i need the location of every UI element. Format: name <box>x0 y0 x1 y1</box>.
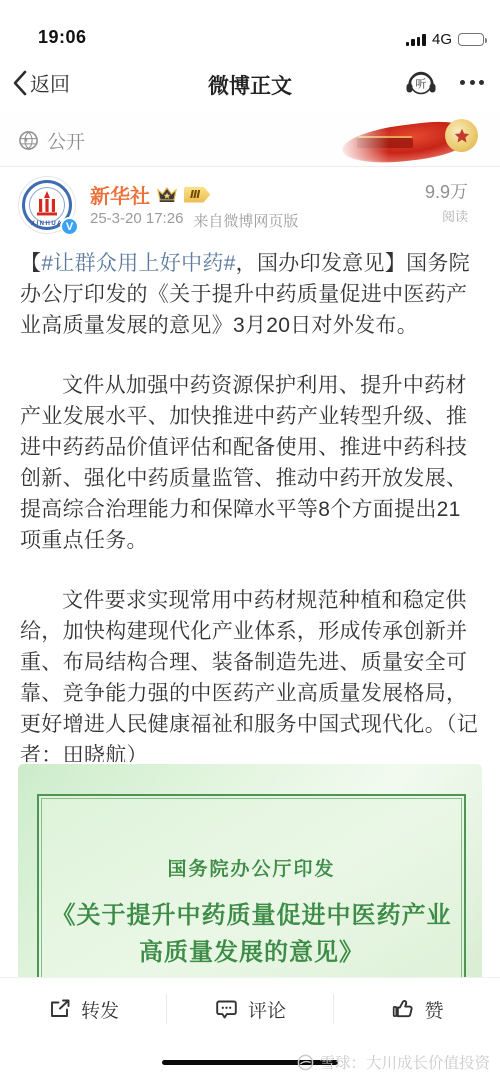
image-title-line2: 高质量发展的意见》 <box>39 934 464 971</box>
post-timestamp: 25-3-20 17:26 <box>90 210 183 231</box>
post-source[interactable]: 来自微博网页版 <box>193 210 298 231</box>
watermark-text: 雪球：大川成长价值投资 <box>319 1051 490 1073</box>
comment-bubble-icon <box>214 997 239 1021</box>
battery-icon <box>458 33 484 46</box>
repost-share-icon <box>47 997 72 1021</box>
like-button[interactable]: 赞 <box>334 978 500 1040</box>
paragraph-2: 文件从加强中药资源保护利用、提升中药材产业发展水平、加快推进中药产业转型升级、推… <box>20 370 480 556</box>
read-count-value: 9.9万 <box>425 178 468 204</box>
like-label: 赞 <box>424 996 443 1023</box>
visibility-row: 公开 <box>0 114 500 167</box>
headphones-icon: 听 <box>404 68 438 98</box>
visibility-label: 公开 <box>47 127 85 154</box>
author-name[interactable]: 新华社 <box>90 180 150 209</box>
comment-button[interactable]: 评论 <box>167 978 333 1040</box>
xinhua-emblem-icon <box>35 191 59 217</box>
post-meta: 25-3-20 17:26 来自微博网页版 <box>90 210 298 231</box>
signal-strength-icon <box>406 34 426 46</box>
post-content: 【#让群众用上好中药#，国办印发意见】国务院办公厅印发的《关于提升中药质量促进中… <box>0 248 500 762</box>
read-count-block: 9.9万 阅读 <box>425 178 468 225</box>
comment-label: 评论 <box>248 996 286 1023</box>
image-title-line1: 《关于提升中药质量促进中医药产业 <box>39 897 464 934</box>
nav-bar: 返回 微博正文 听 <box>0 54 500 114</box>
more-options-button[interactable] <box>460 80 484 85</box>
image-document-title: 《关于提升中药质量促进中医药产业 高质量发展的意见》 <box>39 897 464 971</box>
gold-emblem-icon <box>445 119 478 152</box>
svg-text:听: 听 <box>416 78 427 91</box>
paragraph-3: 文件要求实现常用中药材规范种植和稳定供给，加快构建现代化产业体系，形成传承创新并… <box>20 585 480 762</box>
hashtag-link[interactable]: #让群众用上好中药# <box>41 252 235 275</box>
repost-button[interactable]: 转发 <box>0 978 166 1040</box>
snowball-logo-icon <box>297 1054 314 1071</box>
author-avatar[interactable]: XINHUA V <box>18 176 76 234</box>
image-text-block: 国务院办公厅印发 《关于提升中药质量促进中医药产业 高质量发展的意见》 <box>39 854 464 971</box>
post-header: XINHUA V 新华社 Ⅲ 25-3-20 17:26 来自微博网页版 9.9… <box>0 168 500 248</box>
image-border-frame: 国务院办公厅印发 《关于提升中药质量促进中医药产业 高质量发展的意见》 <box>37 794 466 978</box>
network-type-label: 4G <box>432 31 452 48</box>
vip-level-badge: Ⅲ <box>184 187 210 203</box>
clock-time: 19:06 <box>38 27 87 48</box>
bracket-open: 【 <box>20 252 41 275</box>
verified-badge-icon: V <box>60 217 79 236</box>
vip-crown-icon <box>156 186 178 203</box>
post-image-attachment[interactable]: 国务院办公厅印发 《关于提升中药质量促进中医药产业 高质量发展的意见》 <box>18 764 482 978</box>
paragraph-1: 【#让群众用上好中药#，国办印发意见】国务院办公厅印发的《关于提升中药质量促进中… <box>20 248 480 341</box>
status-indicators: 4G <box>406 31 484 48</box>
red-flag-decoration-image <box>331 118 486 164</box>
thumbs-up-icon <box>390 997 415 1021</box>
repost-label: 转发 <box>81 996 119 1023</box>
listen-audio-button[interactable]: 听 <box>404 68 438 103</box>
weibo-post-screen: 19:06 4G 返回 微博正文 听 <box>0 0 500 1082</box>
status-bar: 19:06 4G <box>0 0 500 54</box>
xueqiu-watermark: 雪球：大川成长价值投资 <box>297 1051 490 1073</box>
read-count-label: 阅读 <box>425 206 468 225</box>
action-toolbar: 转发 评论 赞 <box>0 977 500 1040</box>
image-heading: 国务院办公厅印发 <box>39 854 464 881</box>
author-name-row: 新华社 Ⅲ <box>90 180 210 209</box>
globe-public-icon <box>18 130 39 151</box>
